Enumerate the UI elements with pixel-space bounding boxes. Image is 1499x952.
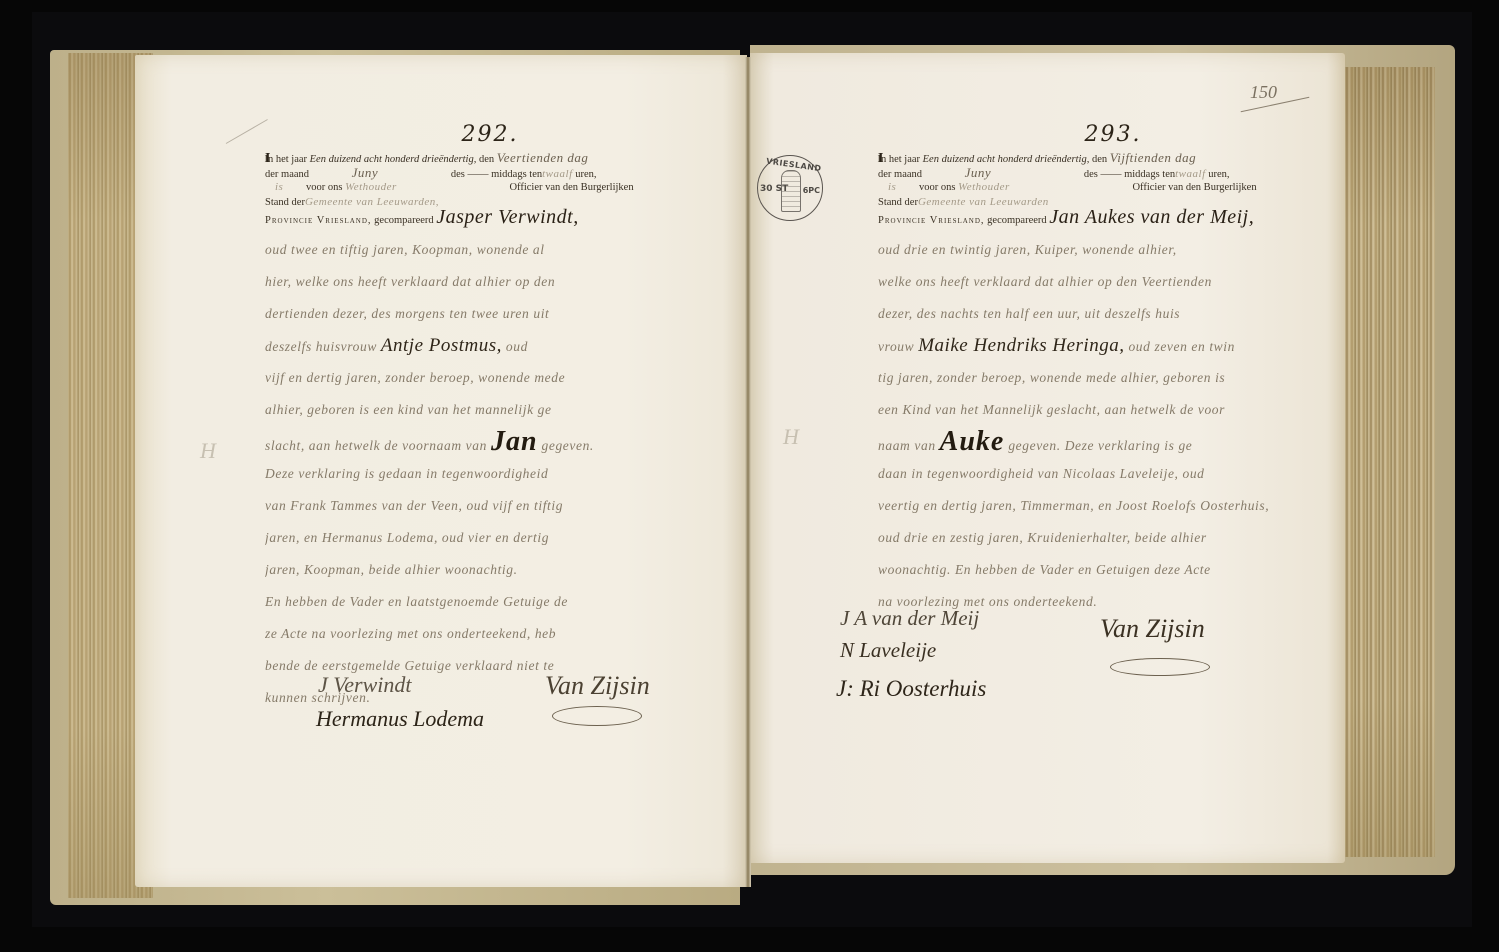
header-line-3: is voor ons Wethouder Officier van den B… [878,180,1348,195]
body-line: een Kind van het Mannelijk geslacht, aan… [878,394,1348,426]
stamp-value-right: 6PC [803,186,820,195]
header-line-2: der maand Juny des —— middags tentwaalf … [878,165,1348,180]
body-line: jaren, en Hermanus Lodema, oud vier en d… [265,522,725,554]
body-line: jaren, Koopman, beide alhier woonachtig. [265,554,725,586]
signature-flourish [1110,658,1210,676]
page-edges-right [1345,67,1435,857]
signature-witness: Hermanus Lodema [316,706,484,732]
folio-number: 150 [1250,82,1277,103]
record-body: oud drie en twintig jaren, Kuiper, wonen… [878,234,1348,618]
month-handwritten: Juny [965,165,992,180]
header-line-5: Provincie Vriesland, gecompareerd Jasper… [265,210,725,230]
body-line: slacht, aan hetwelk de voornaam van Jan … [265,426,725,458]
body-line: deszelfs huisvrouw Antje Postmus, oud [265,330,725,362]
header-line-2: der maand Juny des —— middags tentwaalf … [265,165,725,180]
body-line: alhier, geboren is een kind van het mann… [265,394,725,426]
body-line: dezer, des nachts ten half een uur, uit … [878,298,1348,330]
body-line: daan in tegenwoordigheid van Nicolaas La… [878,458,1348,490]
child-name: Jan [491,426,538,457]
record-body: oud twee en tiftig jaren, Koopman, wonen… [265,234,725,714]
birth-record-293: 293. IIn het jaar Een duizend acht honde… [878,122,1348,618]
body-line: vijf en dertig jaren, zonder beroep, won… [265,362,725,394]
record-number: 293. [878,122,1348,150]
body-line: vrouw Maike Hendriks Heringa, oud zeven … [878,330,1348,362]
book-gutter [745,57,751,887]
body-line: Deze verklaring is gedaan in tegenwoordi… [265,458,725,490]
body-line: woonachtig. En hebben de Vader en Getuig… [878,554,1348,586]
mother-name: Antje Postmus, [381,335,502,356]
day-handwritten: Veertienden dag [497,150,589,165]
header-line-5: Provincie Vriesland, gecompareerd Jan Au… [878,210,1348,230]
day-handwritten: Vijftienden dag [1110,150,1196,165]
body-line: tig jaren, zonder beroep, wonende mede a… [878,362,1348,394]
body-line: oud twee en tiftig jaren, Koopman, wonen… [265,234,725,266]
signature-official: Van Zijsin [1100,614,1205,644]
body-line: ze Acte na voorlezing met ons onderteeke… [265,618,725,650]
body-line: oud drie en twintig jaren, Kuiper, wonen… [878,234,1348,266]
body-line: van Frank Tammes van der Veen, oud vijf … [265,490,725,522]
month-handwritten: Juny [352,165,379,180]
body-line: dertienden dezer, des morgens ten twee u… [265,298,725,330]
stamp-value-left: 30 ST [760,184,788,194]
header-line-1: IIn het jaar Een duizend acht honderd dr… [265,150,725,165]
signature-witness-1: N Laveleije [840,638,936,663]
left-margin-mark: H [200,438,216,464]
body-line: welke ons heeft verklaard dat alhier op … [878,266,1348,298]
right-margin-mark: H [783,424,799,450]
body-line: hier, welke ons heeft verklaard dat alhi… [265,266,725,298]
body-line: naam van Auke gegeven. Deze verklaring i… [878,426,1348,458]
signature-flourish [552,706,642,726]
document-scan: H H 150 VRIESLAND 30 ST 6PC 292. IIn het… [0,0,1499,952]
declarant-name: Jan Aukes van der Meij, [1049,206,1254,228]
tax-stamp: VRIESLAND 30 ST 6PC [757,155,823,221]
body-line: En hebben de Vader en laatstgenoemde Get… [265,586,725,618]
body-line: veertig en dertig jaren, Timmerman, en J… [878,490,1348,522]
body-line: oud drie en zestig jaren, Kruidenierhalt… [878,522,1348,554]
birth-record-292: 292. IIn het jaar Een duizend acht honde… [265,122,725,714]
header-line-3: is voor ons Wethouder Officier van den B… [265,180,725,195]
signature-father: J A van der Meij [840,606,979,631]
child-name: Auke [940,426,1005,457]
mother-name: Maike Hendriks Heringa, [918,335,1124,356]
signature-father: J Verwindt [318,672,412,698]
declarant-name: Jasper Verwindt, [436,206,578,228]
signature-witness-2: J: Ri Oosterhuis [836,676,986,702]
header-line-1: IIn het jaar Een duizend acht honderd dr… [878,150,1348,165]
signature-official: Van Zijsin [545,671,650,701]
record-number: 292. [265,122,725,150]
